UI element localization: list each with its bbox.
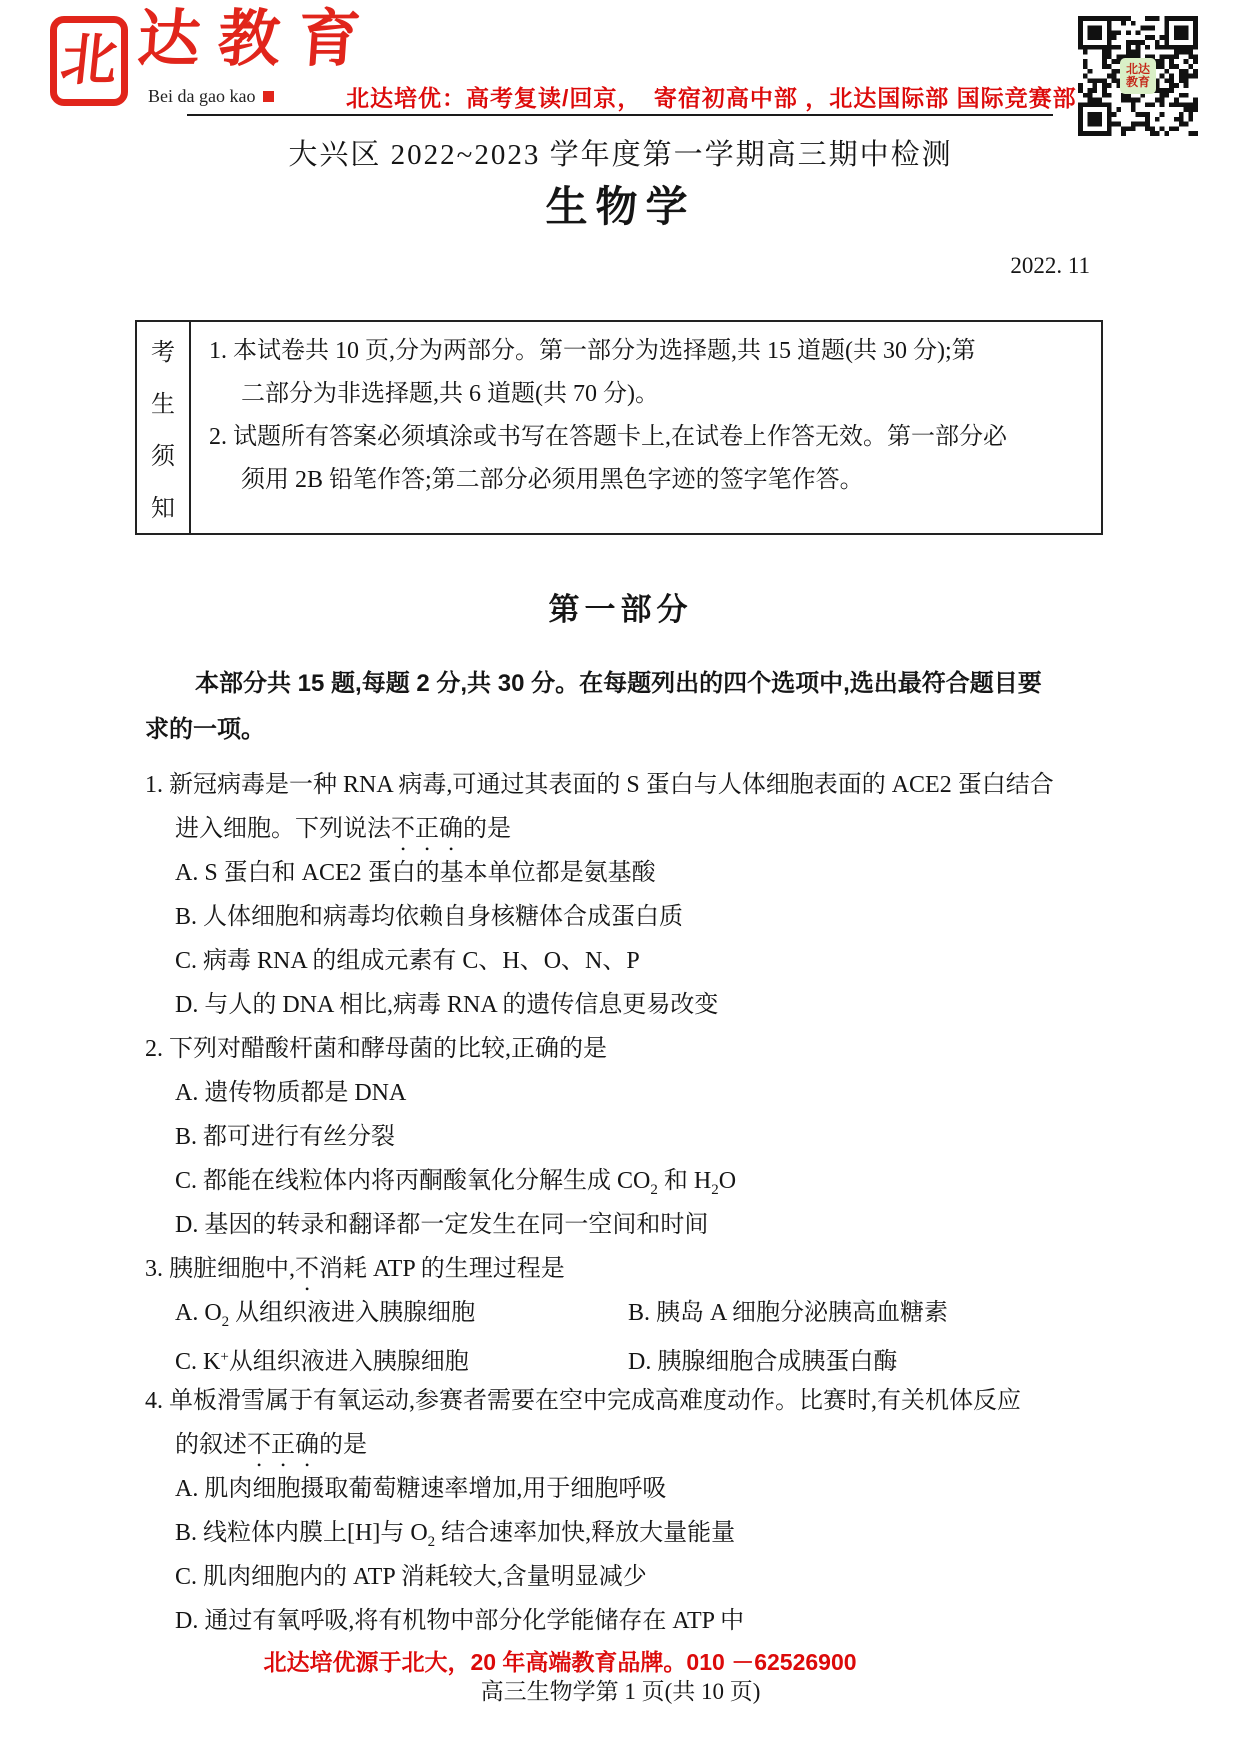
text-run: 的是: [319, 1432, 367, 1458]
text-run: B. 都可进行有丝分裂: [175, 1124, 395, 1150]
question-3-option: C. K+从组织液进入胰腺细胞: [175, 1335, 628, 1384]
text-run: 消耗 ATP 的生理过程是: [319, 1256, 565, 1282]
question-3-option: D. 胰腺细胞合成胰蛋白酶: [628, 1349, 897, 1375]
text-run: D. 与人的 DNA 相比,病毒 RNA 的遗传信息更易改变: [175, 992, 718, 1018]
question-1-option: D. 与人的 DNA 相比,病毒 RNA 的遗传信息更易改变: [145, 983, 1040, 1027]
notice-label-char: 须: [151, 436, 175, 471]
emphasized-text: 不正确: [247, 1432, 319, 1458]
question-2-option: C. 都能在线粒体内将丙酮酸氧化分解生成 CO2 和 H2O: [145, 1159, 1040, 1203]
red-square-icon: [263, 91, 274, 102]
text-run: A. 遗传物质都是 DNA: [175, 1080, 406, 1106]
text-run: C. 肌肉细胞内的 ATP 消耗较大,含量明显减少: [175, 1564, 647, 1590]
text-run: 2: [650, 1182, 658, 1198]
text-run: 4. 单板滑雪属于有氧运动,参赛者需要在空中完成高难度动作。比赛时,有关机体反应: [145, 1388, 1021, 1414]
question-4-option: C. 肌肉细胞内的 ATP 消耗较大,含量明显减少: [145, 1555, 1040, 1599]
instruction-line: 求的一项。: [145, 707, 1035, 753]
candidate-notice-box: 考 生 须 知 1. 本试卷共 10 页,分为两部分。第一部分为选择题,共 15…: [135, 320, 1103, 535]
text-run: 和 H: [658, 1168, 711, 1194]
text-run: C. K: [175, 1349, 220, 1375]
notice-label-char: 知: [151, 488, 175, 523]
text-run: +: [220, 1349, 228, 1365]
page-header: 北 达教育 Bei da gao kao 北达培优：高考复读/回京， 寄宿初高中…: [0, 0, 1241, 120]
text-run: 的是: [463, 816, 511, 842]
question-2-option: A. 遗传物质都是 DNA: [145, 1071, 1040, 1115]
part-one-instructions: 本部分共 15 题,每题 2 分,共 30 分。在每题列出的四个选项中,选出最符…: [145, 661, 1035, 753]
qr-center-badge: 北达 教育: [1120, 58, 1156, 94]
text-run: C. 病毒 RNA 的组成元素有 C、H、O、N、P: [175, 948, 640, 974]
notice-line: 二部分为非选择题,共 6 道题(共 70 分)。: [209, 373, 1087, 416]
question-3-stem-line: 3. 胰脏细胞中,不消耗 ATP 的生理过程是: [145, 1247, 1040, 1291]
text-run: 的叙述: [175, 1432, 247, 1458]
notice-line: 2. 试题所有答案必须填涂或书写在答题卡上,在试卷上作答无效。第一部分必: [209, 416, 1087, 459]
question-3-option-row: A. O2 从组织液进入胰腺细胞B. 胰岛 A 细胞分泌胰高血糖素: [145, 1291, 1040, 1335]
notice-line: 须用 2B 铅笔作答;第二部分必须用黑色字迹的签字笔作答。: [209, 459, 1087, 502]
text-run: 从组织液进入胰腺细胞: [229, 1300, 475, 1326]
header-divider: [187, 114, 1053, 116]
text-run: B. 胰岛 A 细胞分泌胰高血糖素: [628, 1300, 948, 1326]
text-run: D. 基因的转录和翻译都一定发生在同一空间和时间: [175, 1212, 708, 1238]
question-4-stem-line: 的叙述不正确的是: [145, 1423, 1040, 1467]
text-run: 1. 新冠病毒是一种 RNA 病毒,可通过其表面的 S 蛋白与人体细胞表面的 A…: [145, 772, 1054, 798]
brand-name-chinese: 达教育: [136, 6, 381, 74]
qr-code: 北达 教育: [1078, 16, 1198, 136]
text-run: A. 肌肉细胞摄取葡萄糖速率增加,用于细胞呼吸: [175, 1476, 666, 1502]
emphasized-text: 不: [295, 1256, 319, 1282]
part-one-heading: 第一部分: [0, 591, 1241, 629]
text-run: C. 都能在线粒体内将丙酮酸氧化分解生成 CO: [175, 1168, 650, 1194]
text-run: A. S 蛋白和 ACE2 蛋白的基本单位都是氨基酸: [175, 860, 656, 886]
text-run: 2: [711, 1182, 719, 1198]
question-3-option-row: C. K+从组织液进入胰腺细胞D. 胰腺细胞合成胰蛋白酶: [145, 1335, 1040, 1379]
question-4-option: D. 通过有氧呼吸,将有机物中部分化学能储存在 ATP 中: [145, 1599, 1040, 1643]
text-run: 结合速率加快,释放大量能量: [435, 1520, 735, 1546]
brand-pinyin-text: Bei da gao kao: [148, 86, 255, 106]
text-run: B. 线粒体内膜上[H]与 O: [175, 1520, 428, 1546]
question-2-option: D. 基因的转录和翻译都一定发生在同一空间和时间: [145, 1203, 1040, 1247]
qr-badge-text: 教育: [1126, 76, 1150, 89]
question-1-option: C. 病毒 RNA 的组成元素有 C、H、O、N、P: [145, 939, 1040, 983]
text-run: O: [719, 1168, 736, 1194]
notice-line: 1. 本试卷共 10 页,分为两部分。第一部分为选择题,共 15 道题(共 30…: [209, 330, 1087, 373]
text-run: D. 通过有氧呼吸,将有机物中部分化学能储存在 ATP 中: [175, 1608, 744, 1634]
question-3-option: B. 胰岛 A 细胞分泌胰高血糖素: [628, 1300, 948, 1326]
text-run: A. O: [175, 1300, 222, 1326]
question-1-stem-line: 进入细胞。下列说法不正确的是: [145, 807, 1040, 851]
exam-date: 2022. 11: [0, 252, 1241, 280]
question-4-option: A. 肌肉细胞摄取葡萄糖速率增加,用于细胞呼吸: [145, 1467, 1040, 1511]
emphasized-text: 不正确: [391, 816, 463, 842]
questions-area: 1. 新冠病毒是一种 RNA 病毒,可通过其表面的 S 蛋白与人体细胞表面的 A…: [145, 763, 1040, 1643]
question-2-stem-line: 2. 下列对醋酸杆菌和酵母菌的比较,正确的是: [145, 1027, 1040, 1071]
footer-page-number: 高三生物学第 1 页(共 10 页): [0, 1679, 1241, 1705]
brand-seal-logo: 北: [50, 16, 128, 106]
text-run: B. 人体细胞和病毒均依赖自身核糖体合成蛋白质: [175, 904, 683, 930]
text-run: 进入细胞。下列说法: [175, 816, 391, 842]
header-slogan: 北达培优：高考复读/回京， 寄宿初高中部 ，北达国际部 国际竞赛部: [346, 80, 1077, 113]
footer-promo-line: 北达培优源于北大，20 年高端教育品牌。010 －62526900: [0, 1649, 1120, 1675]
notice-body: 1. 本试卷共 10 页,分为两部分。第一部分为选择题,共 15 道题(共 30…: [191, 322, 1101, 533]
notice-label-column: 考 生 须 知: [137, 322, 191, 533]
notice-label-char: 考: [151, 332, 175, 367]
notice-label-char: 生: [151, 384, 175, 419]
text-run: D. 胰腺细胞合成胰蛋白酶: [628, 1349, 897, 1375]
text-run: 3. 胰脏细胞中,: [145, 1256, 295, 1282]
subject-title: 生物学: [0, 182, 1241, 232]
question-1-option: A. S 蛋白和 ACE2 蛋白的基本单位都是氨基酸: [145, 851, 1040, 895]
question-4-option: B. 线粒体内膜上[H]与 O2 结合速率加快,释放大量能量: [145, 1511, 1040, 1555]
question-1-option: B. 人体细胞和病毒均依赖自身核糖体合成蛋白质: [145, 895, 1040, 939]
text-run: 2. 下列对醋酸杆菌和酵母菌的比较,正确的是: [145, 1036, 607, 1062]
instruction-line: 本部分共 15 题,每题 2 分,共 30 分。在每题列出的四个选项中,选出最符…: [145, 661, 1035, 707]
text-run: 从组织液进入胰腺细胞: [229, 1349, 469, 1375]
question-2-option: B. 都可进行有丝分裂: [145, 1115, 1040, 1159]
seal-character: 北: [58, 33, 120, 89]
brand-name-pinyin: Bei da gao kao: [148, 86, 274, 107]
question-4-stem-line: 4. 单板滑雪属于有氧运动,参赛者需要在空中完成高难度动作。比赛时,有关机体反应: [145, 1379, 1040, 1423]
question-1-stem-line: 1. 新冠病毒是一种 RNA 病毒,可通过其表面的 S 蛋白与人体细胞表面的 A…: [145, 763, 1040, 807]
exam-paper-page: 北 达教育 Bei da gao kao 北达培优：高考复读/回京， 寄宿初高中…: [0, 0, 1241, 1754]
